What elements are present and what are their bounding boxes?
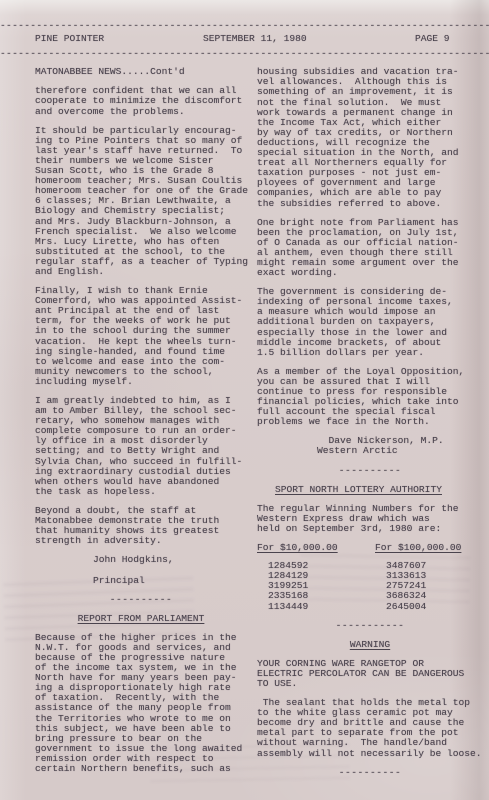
two-column-body: MATONABBEE NEWS.....Cont'd therefore con… [35,67,483,786]
lottery-column-10000: For $10,000.00 1284592 1284129 3199251 2… [257,543,375,612]
page-number: PAGE 9 [415,34,489,44]
signature-mp: Dave Nickerson, M.P. Western Arctic [257,436,483,456]
paragraph: It should be particularly encourag- ing … [35,126,247,277]
header-rule-top: ----------------------------------------… [0,21,489,31]
section-separator: ----------- [257,621,483,631]
right-column: housing subsidies and vacation tra- vel … [257,67,483,786]
lottery-number-list: 1284592 1284129 3199251 2335168 1134449 [257,561,375,611]
section-separator: ---------- [257,466,483,476]
paragraph: Beyond a doubt, the staff at Matonabbee … [35,506,247,546]
heading-report-from-parliament: REPORT FROM PARLIAMENT [35,614,247,624]
article-title-matonabbee-news: MATONABBEE NEWS.....Cont'd [35,67,247,77]
section-separator: ---------- [257,768,483,778]
section-separator: ---------- [35,595,247,605]
lottery-number: 2335168 [268,591,375,601]
lottery-number: 1134449 [268,602,375,612]
lottery-column-header: For $100,000.00 [375,543,483,553]
paragraph: Because of the higher prices in the N.W.… [35,633,247,774]
heading-sport-north-lottery: SPORT NORTH LOTTERY AUTHORITY [257,485,483,495]
newsletter-page: ----------------------------------------… [0,0,489,800]
lottery-column-100000: For $100,000.00 3487607 3133613 2757241 … [375,543,483,612]
issue-date: SEPTEMBER 11, 1980 [203,34,415,44]
signature-principal: John Hodgkins, Principal [35,555,247,585]
paragraph: I am greatly indebted to him, as I am to… [35,396,247,497]
paragraph: One bright note from Parliament has been… [257,218,483,279]
masthead-title: PINE POINTER [35,34,203,44]
header-rule-bottom: ----------------------------------------… [0,49,489,59]
heading-warning: WARNING [257,640,483,650]
lottery-results-table: For $10,000.00 1284592 1284129 3199251 2… [257,543,483,612]
paragraph: therefore confident that we can all coop… [35,86,247,116]
paragraph: The regular Winning Numbers for the West… [257,504,483,534]
paragraph: As a member of the Loyal Opposition, you… [257,367,483,428]
header-row: PINE POINTER SEPTEMBER 11, 1980 PAGE 9 [0,31,489,49]
lottery-column-header: For $10,000.00 [257,543,375,553]
paragraph: Finally, I wish to thank Ernie Comerford… [35,286,247,387]
lottery-number: 2645004 [386,602,483,612]
left-column: MATONABBEE NEWS.....Cont'd therefore con… [35,67,247,786]
page-header: ----------------------------------------… [0,0,489,59]
paragraph: housing subsidies and vacation tra- vel … [257,67,483,208]
paragraph: The government is considering de- indexi… [257,287,483,358]
paragraph: YOUR CORNING WARE RANGETOP OR ELECTRIC P… [257,659,483,689]
lottery-number: 3686324 [386,591,483,601]
paragraph: The sealant that holds the metal top to … [257,698,483,759]
lottery-number-list: 3487607 3133613 2757241 3686324 2645004 [375,561,483,611]
